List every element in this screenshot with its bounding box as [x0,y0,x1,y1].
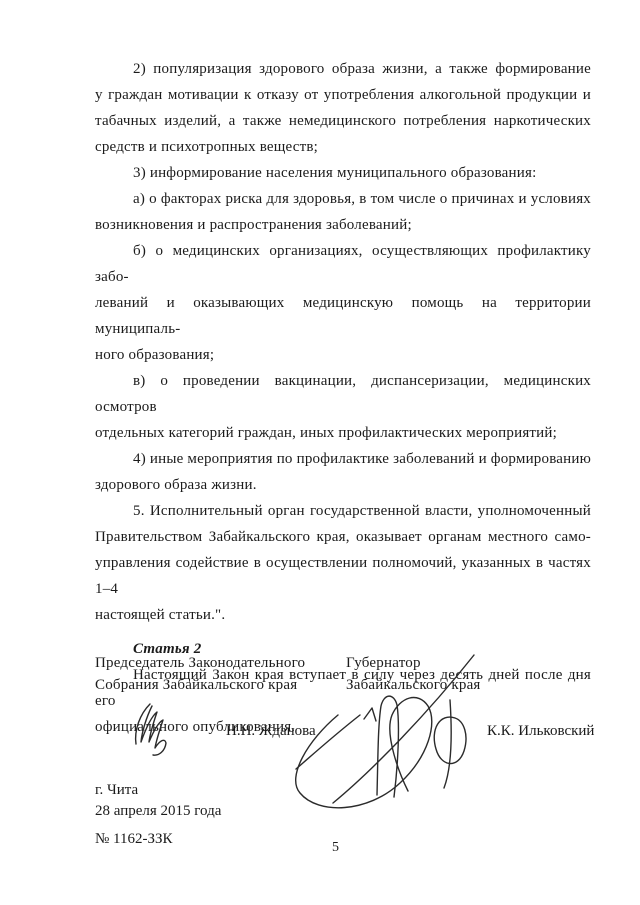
right-signatory-name: К.К. Ильковский [487,723,594,740]
text-line: леваний и оказывающих медицинскую помощь… [95,290,591,342]
paragraph: 2) популяризация здорового образа жизни,… [95,56,591,160]
text-line: у граждан мотивации к отказу от употребл… [95,82,591,108]
text-line: в) о проведении вакцинации, диспансериза… [95,368,591,420]
ilkovsky-signature-icon [278,645,488,845]
footer-city: г. Чита [95,780,138,801]
left-signatory-title-line1: Председатель Законодательного [95,652,305,674]
text-line: табачных изделий, а также немедицинского… [95,108,591,134]
paragraph: 5. Исполнительный орган государственной … [95,498,591,628]
footer-doc-number: № 1162-ЗЗК [95,829,173,850]
left-signatory-title: Председатель Законодательного Собрания З… [95,652,305,696]
zhdanova-signature-icon [126,698,174,762]
text-line: б) о медицинских организациях, осуществл… [95,238,591,290]
text-line: Правительством Забайкальского края, оказ… [95,524,591,550]
text-line: средств и психотропных веществ; [95,134,591,160]
paragraph: а) о факторах риска для здоровья, в том … [95,186,591,238]
text-line: отдельных категорий граждан, иных профил… [95,420,591,446]
paragraph: 3) информирование населения муниципально… [95,160,591,186]
text-line: управления содействие в осуществлении по… [95,550,591,602]
text-line: 2) популяризация здорового образа жизни,… [95,56,591,82]
paragraph: в) о проведении вакцинации, диспансериза… [95,368,591,446]
paragraph: 4) иные мероприятия по профилактике забо… [95,446,591,498]
text-line: ного образования; [95,342,591,368]
text-line: 3) информирование населения муниципально… [95,160,591,186]
left-signatory-name: Н.Н. Жданова [226,723,316,740]
text-line: настоящей статьи.". [95,602,591,628]
text-line: 4) иные мероприятия по профилактике забо… [95,446,591,472]
document-body: 2) популяризация здорового образа жизни,… [95,56,591,740]
paragraph: б) о медицинских организациях, осуществл… [95,238,591,368]
text-line: 5. Исполнительный орган государственной … [95,498,591,524]
left-signatory-title-line2: Собрания Забайкальского края [95,674,305,696]
footer-date: 28 апреля 2015 года [95,801,221,822]
document-page: 2) популяризация здорового образа жизни,… [0,0,640,905]
text-line: здорового образа жизни. [95,472,591,498]
text-line: а) о факторах риска для здоровья, в том … [95,186,591,212]
page-number: 5 [332,840,339,856]
text-line: возникновения и распространения заболева… [95,212,591,238]
